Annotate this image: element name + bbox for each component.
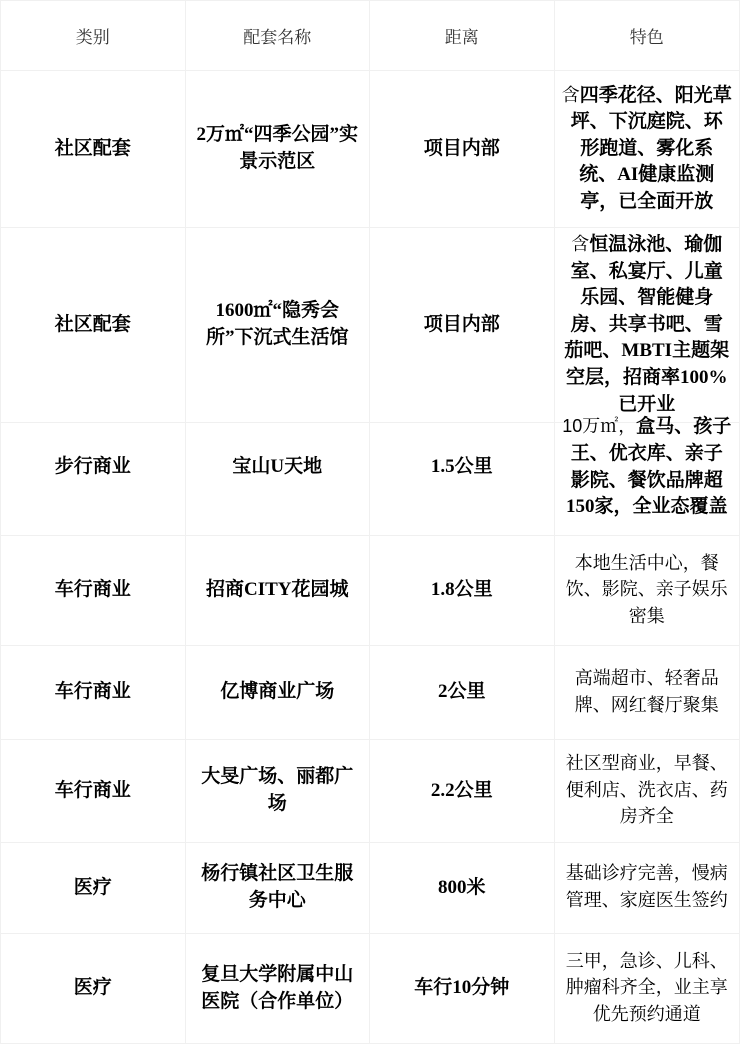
- distance-text: 2公里: [438, 679, 486, 706]
- facility-name-text: 宝山U天地: [232, 454, 322, 481]
- facility-name-cell: 杨行镇社区卫生服务中心: [186, 843, 371, 934]
- table-row: 车行商业 招商CITY花园城 1.8公里 本地生活中心，餐饮、影院、亲子娱乐密集: [1, 536, 739, 646]
- feature-segment: 三甲，急诊、儿科、肿瘤科齐全，业主享优先预约通道: [566, 951, 728, 1024]
- facility-name-cell: 1600㎡“隐秀会所”下沉式生活馆: [186, 228, 371, 423]
- features-text: 含恒温泳池、瑜伽室、私宴厅、儿童乐园、智能健身房、共享书吧、雪茄吧、MBTI主题…: [562, 232, 733, 418]
- category-cell: 医疗: [1, 934, 186, 1044]
- distance-text: 项目内部: [424, 136, 500, 163]
- category-cell: 车行商业: [1, 646, 186, 740]
- category-cell: 社区配套: [1, 228, 186, 423]
- header-label-category: 类别: [76, 23, 110, 48]
- table-row: 社区配套 1600㎡“隐秀会所”下沉式生活馆 项目内部 含恒温泳池、瑜伽室、私宴…: [1, 228, 739, 400]
- facility-name-text: 复旦大学附属中山医院（合作单位）: [193, 962, 363, 1015]
- category-cell: 社区配套: [1, 71, 186, 228]
- feature-segment: 高端超市、轻奢品牌、网红餐厅聚集: [575, 668, 719, 715]
- distance-text: 项目内部: [424, 312, 500, 339]
- facility-name-text: 2万㎡“四季公园”实景示范区: [193, 122, 363, 175]
- feature-segment: 含: [562, 85, 580, 105]
- features-text: 社区型商业，早餐、便利店、洗衣店、药房齐全: [562, 751, 733, 831]
- features-text: 基础诊疗完善，慢病管理、家庭医生签约: [562, 861, 733, 914]
- category-text: 社区配套: [55, 312, 131, 339]
- facility-name-cell: 复旦大学附属中山医院（合作单位）: [186, 934, 371, 1044]
- facility-name-text: 大旻广场、丽都广场: [193, 764, 363, 817]
- category-text: 医疗: [74, 875, 112, 902]
- features-cell: 本地生活中心，餐饮、影院、亲子娱乐密集: [555, 536, 740, 646]
- facility-name-cell: 宝山U天地: [186, 400, 371, 536]
- amenities-table: 类别 配套名称 距离 特色 社区配套 2万㎡“四季公园”实景示范区 项目内部 含…: [0, 0, 740, 1044]
- features-text: 本地生活中心，餐饮、影院、亲子娱乐密集: [562, 551, 733, 631]
- table-row: 步行商业 宝山U天地 1.5公里 10万㎡，盒马、孩子王、优衣库、亲子影院、餐饮…: [1, 400, 739, 536]
- distance-cell: 项目内部: [370, 71, 555, 228]
- table-row: 车行商业 亿博商业广场 2公里 高端超市、轻奢品牌、网红餐厅聚集: [1, 646, 739, 740]
- features-cell: 含恒温泳池、瑜伽室、私宴厅、儿童乐园、智能健身房、共享书吧、雪茄吧、MBTI主题…: [555, 228, 740, 423]
- header-label-facility-name: 配套名称: [243, 23, 311, 48]
- features-cell: 三甲，急诊、儿科、肿瘤科齐全，业主享优先预约通道: [555, 934, 740, 1044]
- features-cell: 含四季花径、阳光草坪、下沉庭院、环形跑道、雾化系统、AI健康监测亭，已全面开放: [555, 71, 740, 228]
- distance-text: 800米: [438, 875, 486, 902]
- feature-segment-bold: 恒温泳池、瑜伽室、私宴厅、儿童乐园、智能健身房、共享书吧、雪茄吧、MBTI主题架…: [564, 234, 729, 415]
- header-cell-facility-name: 配套名称: [186, 1, 371, 71]
- facility-name-text: 杨行镇社区卫生服务中心: [193, 861, 363, 914]
- distance-cell: 2.2公里: [370, 740, 555, 843]
- distance-cell: 800米: [370, 843, 555, 934]
- features-cell: 社区型商业，早餐、便利店、洗衣店、药房齐全: [555, 740, 740, 843]
- category-text: 车行商业: [55, 679, 131, 706]
- facility-name-text: 招商CITY花园城: [206, 577, 349, 604]
- facility-name-cell: 亿博商业广场: [186, 646, 371, 740]
- features-cell: 10万㎡，盒马、孩子王、优衣库、亲子影院、餐饮品牌超150家，全业态覆盖: [555, 400, 740, 536]
- feature-segment: 10万㎡，: [562, 416, 636, 436]
- feature-segment: 本地生活中心，餐饮、影院、亲子娱乐密集: [566, 553, 728, 626]
- facility-name-cell: 大旻广场、丽都广场: [186, 740, 371, 843]
- header-cell-category: 类别: [1, 1, 186, 71]
- distance-cell: 项目内部: [370, 228, 555, 423]
- distance-cell: 车行10分钟: [370, 934, 555, 1044]
- table-row: 医疗 复旦大学附属中山医院（合作单位） 车行10分钟 三甲，急诊、儿科、肿瘤科齐…: [1, 934, 739, 1044]
- facility-name-cell: 2万㎡“四季公园”实景示范区: [186, 71, 371, 228]
- facility-name-cell: 招商CITY花园城: [186, 536, 371, 646]
- category-text: 社区配套: [55, 136, 131, 163]
- features-text: 含四季花径、阳光草坪、下沉庭院、环形跑道、雾化系统、AI健康监测亭，已全面开放: [562, 83, 733, 216]
- features-text: 三甲，急诊、儿科、肿瘤科齐全，业主享优先预约通道: [562, 949, 733, 1029]
- distance-text: 2.2公里: [431, 778, 493, 805]
- distance-cell: 1.8公里: [370, 536, 555, 646]
- category-text: 车行商业: [55, 778, 131, 805]
- feature-segment: 社区型商业，早餐、便利店、洗衣店、药房齐全: [566, 753, 728, 826]
- feature-segment: 基础诊疗完善，慢病管理、家庭医生签约: [566, 863, 728, 910]
- category-text: 医疗: [74, 975, 112, 1002]
- features-cell: 基础诊疗完善，慢病管理、家庭医生签约: [555, 843, 740, 934]
- header-label-distance: 距离: [445, 23, 479, 48]
- header-cell-features: 特色: [555, 1, 740, 71]
- table-row: 医疗 杨行镇社区卫生服务中心 800米 基础诊疗完善，慢病管理、家庭医生签约: [1, 843, 739, 934]
- facility-name-text: 1600㎡“隐秀会所”下沉式生活馆: [193, 298, 363, 351]
- distance-cell: 2公里: [370, 646, 555, 740]
- features-text: 高端超市、轻奢品牌、网红餐厅聚集: [562, 666, 733, 719]
- facility-name-text: 亿博商业广场: [220, 679, 334, 706]
- category-text: 步行商业: [55, 454, 131, 481]
- category-cell: 医疗: [1, 843, 186, 934]
- table-header-row: 类别 配套名称 距离 特色: [1, 1, 739, 71]
- table-body: 社区配套 2万㎡“四季公园”实景示范区 项目内部 含四季花径、阳光草坪、下沉庭院…: [1, 71, 739, 1044]
- table-row: 社区配套 2万㎡“四季公园”实景示范区 项目内部 含四季花径、阳光草坪、下沉庭院…: [1, 71, 739, 228]
- distance-text: 车行10分钟: [414, 975, 509, 1002]
- header-cell-distance: 距离: [370, 1, 555, 71]
- category-cell: 车行商业: [1, 536, 186, 646]
- features-cell: 高端超市、轻奢品牌、网红餐厅聚集: [555, 646, 740, 740]
- features-text: 10万㎡，盒马、孩子王、优衣库、亲子影院、餐饮品牌超150家，全业态覆盖: [562, 414, 733, 520]
- feature-segment-bold: 四季花径、阳光草坪、下沉庭院、环形跑道、雾化系统、AI健康监测亭，已全面开放: [571, 85, 732, 212]
- category-text: 车行商业: [55, 577, 131, 604]
- table-row: 车行商业 大旻广场、丽都广场 2.2公里 社区型商业，早餐、便利店、洗衣店、药房…: [1, 740, 739, 843]
- category-cell: 步行商业: [1, 400, 186, 536]
- distance-text: 1.8公里: [431, 577, 493, 604]
- distance-cell: 1.5公里: [370, 400, 555, 536]
- header-label-features: 特色: [630, 23, 664, 48]
- feature-segment: 含: [571, 234, 589, 254]
- category-cell: 车行商业: [1, 740, 186, 843]
- distance-text: 1.5公里: [431, 454, 493, 481]
